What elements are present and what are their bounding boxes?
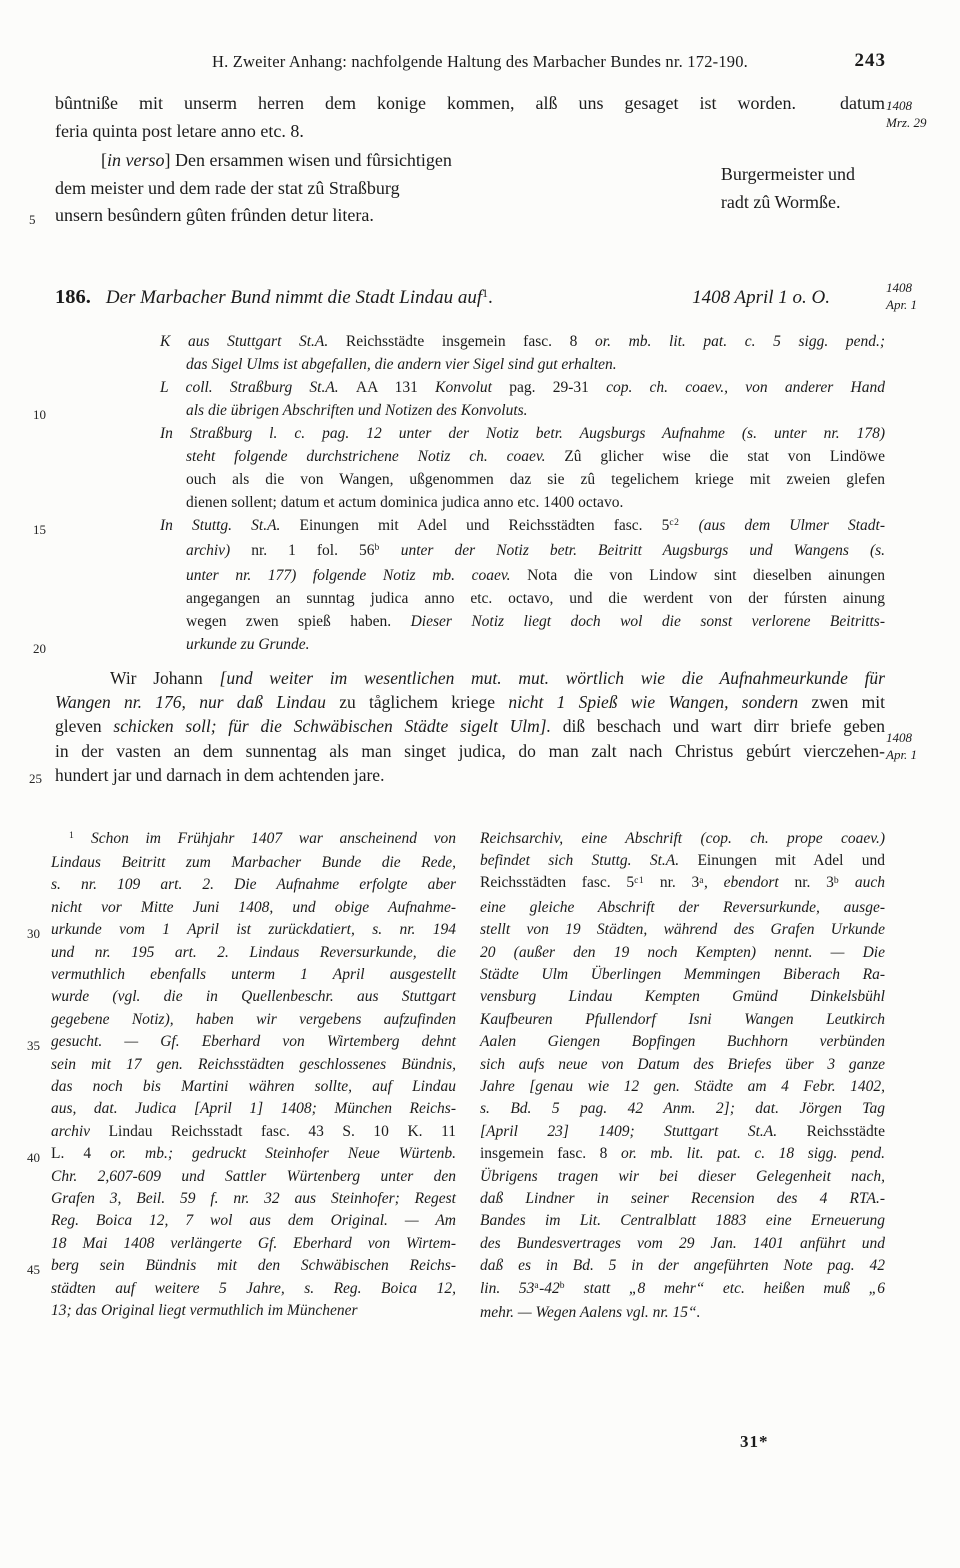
text-segment: K aus Stuttgart St.A. bbox=[160, 333, 346, 350]
text-segment: angegangen an sunntag judica anno etc. o… bbox=[186, 590, 885, 607]
text-segment: Einungen mit Adel und Reichsstädten fasc… bbox=[300, 517, 670, 534]
footnote-column-left: 1 Schon im Frühjahr 1407 war anscheinend… bbox=[51, 828, 456, 1325]
text-line: dem meister und dem rade der stat zû Str… bbox=[55, 175, 452, 203]
text-line: 20urkunde zu Grunde. bbox=[160, 633, 885, 656]
text-line: Reichsarchiv, eine Abschrift (cop. ch. p… bbox=[480, 828, 885, 850]
text-segment: Kaufbeuren Pfullendorf Isni Wangen Leutk… bbox=[480, 1011, 885, 1028]
text-line: 15In Stuttg. St.A. Einungen mit Adel und… bbox=[160, 514, 885, 539]
text-segment: nr. 3 bbox=[644, 874, 699, 891]
text-line: Kaufbeuren Pfullendorf Isni Wangen Leutk… bbox=[480, 1009, 885, 1031]
text-segment: unter nr. 177) folgende Notiz mb. coaev. bbox=[186, 567, 527, 584]
text-line: 45berg sein Bündnis mit den Schwäbischen… bbox=[51, 1255, 456, 1277]
text-segment: wegen zwen spieß haben. bbox=[186, 613, 411, 630]
text-segment: Übrigens tragen wir bei dieser Gelegenhe… bbox=[480, 1168, 885, 1185]
line-number: 10 bbox=[33, 403, 46, 426]
text-segment: or. mb. lit. pat. c. 5 sigg. pend.; bbox=[595, 333, 885, 350]
footnotes: 1 Schon im Frühjahr 1407 war anscheinend… bbox=[51, 828, 885, 1325]
text-segment: Chr. 2,607-609 und Sattler Würtenberg un… bbox=[51, 1168, 456, 1185]
text-segment: wurde (vgl. die in Quellenbeschr. aus St… bbox=[51, 988, 456, 1005]
text-segment: archiv bbox=[51, 1123, 109, 1140]
text-segment: L coll. Straßburg St.A. bbox=[160, 379, 356, 396]
text-line: vensburg Lindau Kempten Gmünd Dinkelsbüh… bbox=[480, 986, 885, 1008]
text-segment: gleven bbox=[55, 716, 113, 736]
text-segment: gegebene Notiz), haben wir vergebens auf… bbox=[51, 1011, 456, 1028]
superscript: a bbox=[699, 875, 704, 886]
text-line: 5unsern besûndern gûten frûnden detur li… bbox=[55, 202, 452, 230]
text-line: wegen zwen spieß haben. Dieser Notiz lie… bbox=[160, 610, 885, 633]
text-line: sich aufs neue von Datum des Briefes übe… bbox=[480, 1054, 885, 1076]
text-line: daß Lindner in seiner Recension des 4 RT… bbox=[480, 1188, 885, 1210]
text-line: archiv) nr. 1 fol. 56b unter der Notiz b… bbox=[160, 539, 885, 564]
sender-line: radt zû Wormße. bbox=[721, 188, 855, 216]
text-segment: Nota die von Lindow sint dieselben ainun… bbox=[527, 567, 885, 584]
text-line: Wangen nr. 176, nur daß Lindau zu tåglic… bbox=[55, 690, 885, 714]
text-line: In Straßburg l. c. pag. 12 unter der Not… bbox=[160, 422, 885, 445]
text-line: Grafen 3, Beil. 59 f. nr. 32 aus Steinho… bbox=[51, 1188, 456, 1210]
text-line: steht folgende durchstrichene Notiz ch. … bbox=[160, 445, 885, 468]
line-number: 35 bbox=[27, 1035, 40, 1057]
text-segment: in verso bbox=[107, 150, 165, 170]
text-line: 18 Mai 1408 verlängerte Gf. Eberhard von… bbox=[51, 1233, 456, 1255]
text-segment: gesucht. — Gf. Eberhard von Wirtemberg d… bbox=[51, 1033, 456, 1050]
text-line: K aus Stuttgart St.A. Reichsstädte insge… bbox=[160, 330, 885, 353]
text-segment: pag. 29-31 bbox=[509, 379, 606, 396]
text-segment: eine gleiche Abschrift der Reversurkunde… bbox=[480, 899, 885, 916]
margin-date-note: 1408 Mrz. 29 bbox=[886, 98, 952, 131]
text-segment: städten auf weitere 5 Jahre, s. Reg. Boi… bbox=[51, 1280, 456, 1297]
text-line: des Bundesvertrages vom 29 Jan. 1401 anf… bbox=[480, 1233, 885, 1255]
text-line: befindet sich Stuttg. St.A. Einungen mit… bbox=[480, 850, 885, 872]
text-line: Jahre [genau wie 12 gen. Städte am 4 Feb… bbox=[480, 1076, 885, 1098]
text-segment: ouch als die von Wangen, ußgenommen daz … bbox=[186, 471, 885, 488]
text-segment: nr. 1 fol. 56 bbox=[251, 542, 374, 559]
text-line: sein mit 17 gen. Reichsstädten geschloss… bbox=[51, 1054, 456, 1076]
text-segment: Wangen nr. 176, nur daß Lindau bbox=[55, 692, 339, 712]
text-segment: auch bbox=[839, 874, 885, 891]
text-segment: nr. 3 bbox=[794, 874, 833, 891]
superscript: 1 bbox=[482, 287, 488, 300]
text-line: 35gesucht. — Gf. Eberhard von Wirtemberg… bbox=[51, 1031, 456, 1053]
text-segment: [und weiter im wesentlichen mut. mut. wö… bbox=[220, 668, 885, 688]
line-number: 5 bbox=[29, 206, 36, 234]
superscript: b bbox=[834, 875, 839, 886]
margin-date-note: 1408 Apr. 1 bbox=[886, 280, 952, 313]
prev-entry-closing: bûntniße mit unserm herren dem konige ko… bbox=[55, 90, 885, 145]
text-segment: sein mit 17 gen. Reichsstädten geschloss… bbox=[51, 1056, 456, 1073]
text-segment: cop. ch. coaev., von anderer Hand bbox=[606, 379, 885, 396]
text-line: eine gleiche Abschrift der Reversurkunde… bbox=[480, 897, 885, 919]
text-segment: insgemein fasc. 8 bbox=[480, 1145, 621, 1162]
page-number: 243 bbox=[855, 50, 887, 72]
text-segment: mehr. — Wegen Aalens vgl. nr. 15“. bbox=[480, 1304, 700, 1321]
text-segment: und nr. 195 art. 2. Lindaus Reversurkund… bbox=[51, 944, 456, 961]
text-segment: berg sein Bündnis mit den Schwäbischen R… bbox=[51, 1257, 456, 1274]
line-number: 25 bbox=[29, 767, 42, 791]
superscript: c1 bbox=[634, 875, 644, 886]
page-content: bûntniße mit unserm herren dem konige ko… bbox=[55, 90, 885, 1324]
text-line: Chr. 2,607-609 und Sattler Würtenberg un… bbox=[51, 1166, 456, 1188]
margin-date-year: 1408 bbox=[886, 730, 952, 747]
text-line: 25hundert jar und darnach in dem achtend… bbox=[55, 763, 885, 787]
entry-text: Wir Johann [und weiter im wesentlichen m… bbox=[55, 666, 885, 788]
text-segment: Wir Johann bbox=[110, 668, 220, 688]
margin-date-note: 1408 Apr. 1 bbox=[886, 730, 952, 763]
text-segment: ebendort bbox=[724, 874, 795, 891]
text-segment: sich aufs neue von Datum des Briefes übe… bbox=[480, 1056, 885, 1073]
text-line: mehr. — Wegen Aalens vgl. nr. 15“. bbox=[480, 1302, 885, 1324]
text-segment: dem meister und dem rade der stat zû Str… bbox=[55, 178, 400, 198]
text-segment: Lindaus Beitritt zum Marbacher Bunde die… bbox=[51, 854, 456, 871]
text-segment: hundert jar und darnach in dem achtenden… bbox=[55, 765, 384, 785]
text-line: Aalen Giengen Bopfingen Buchhorn verbünd… bbox=[480, 1031, 885, 1053]
text-segment: L. 4 bbox=[51, 1145, 110, 1162]
text-segment: Einungen mit Adel und bbox=[697, 852, 885, 869]
text-line: Bandes im Lit. Centralblatt 1883 eine Er… bbox=[480, 1210, 885, 1232]
text-segment: nicht 1 Spieß wie Wangen, sondern bbox=[508, 692, 811, 712]
text-segment: Lindau Reichsstadt fasc. 43 S. 10 K. 11 bbox=[109, 1123, 456, 1140]
text-segment: unter der Notiz betr. Beitritt Augsburgs… bbox=[401, 542, 885, 559]
text-line: unter nr. 177) folgende Notiz mb. coaev.… bbox=[160, 564, 885, 587]
text-segment: stellt von 19 Städten, während des Grafe… bbox=[480, 921, 885, 938]
text-line: 30urkunde vom 1 April ist zurückdatiert,… bbox=[51, 919, 456, 941]
text-segment: archiv) bbox=[186, 542, 251, 559]
source-note-stuttgart: 15In Stuttg. St.A. Einungen mit Adel und… bbox=[160, 514, 885, 656]
margin-date-day: Apr. 1 bbox=[886, 747, 952, 764]
text-segment: vermuthlich ebenfalls unterm 1 April aus… bbox=[51, 966, 456, 983]
text-segment: diß beschach und wart dirr briefe geben bbox=[563, 716, 885, 736]
text-line: aus, dat. Judica [April 1] 1408; München… bbox=[51, 1098, 456, 1120]
text-line: Reg. Boica 12, 7 wol aus dem Original. —… bbox=[51, 1210, 456, 1232]
text-segment: 13; das Original liegt vermuthlich im Mü… bbox=[51, 1302, 358, 1319]
text-line: angegangen an sunntag judica anno etc. o… bbox=[160, 587, 885, 610]
text-line: insgemein fasc. 8 or. mb. lit. pat. c. 1… bbox=[480, 1143, 885, 1165]
text-line: Wir Johann [und weiter im wesentlichen m… bbox=[55, 666, 885, 690]
text-line: daß es in Bd. 5 in der angeführten Note … bbox=[480, 1255, 885, 1277]
text-segment: (aus dem Ulmer Stadt- bbox=[699, 517, 885, 534]
text-segment: In Stuttg. St.A. bbox=[160, 517, 300, 534]
margin-date-day: Apr. 1 bbox=[886, 297, 952, 314]
text-segment: [April 23] 1409; Stuttgart St.A. bbox=[480, 1123, 807, 1140]
text-segment: or. mb.; gedruckt Steinhofer Neue Würten… bbox=[110, 1145, 456, 1162]
text-segment: Bandes im Lit. Centralblatt 1883 eine Er… bbox=[480, 1212, 885, 1229]
text-segment: als die übrigen Abschriften und Notizen … bbox=[186, 402, 528, 419]
text-segment: bûntniße mit unserm herren dem konige ko… bbox=[55, 93, 796, 113]
text-line: Städte Ulm Überlingen Memmingen Biberach… bbox=[480, 964, 885, 986]
text-line: Lindaus Beitritt zum Marbacher Bunde die… bbox=[51, 852, 456, 874]
text-segment: unsern besûndern gûten frûnden detur lit… bbox=[55, 205, 374, 225]
superscript: c2 bbox=[669, 517, 679, 528]
text-line: 13; das Original liegt vermuthlich im Mü… bbox=[51, 1300, 456, 1322]
margin-date-day: Mrz. 29 bbox=[886, 115, 952, 132]
text-segment: AA 131 bbox=[356, 379, 435, 396]
text-line: archiv Lindau Reichsstadt fasc. 43 S. 10… bbox=[51, 1121, 456, 1143]
address-block: [in verso] Den ersammen wisen und fûrsic… bbox=[55, 147, 452, 230]
line-number: 15 bbox=[33, 518, 46, 541]
line-number: 30 bbox=[27, 923, 40, 945]
running-header: H. Zweiter Anhang: nachfolgende Haltung … bbox=[0, 52, 960, 72]
text-line: das noch bis Martini währen sollte, auf … bbox=[51, 1076, 456, 1098]
text-segment: schicken soll; für die Schwäbischen Städ… bbox=[113, 716, 562, 736]
source-note-strassburg: In Straßburg l. c. pag. 12 unter der Not… bbox=[160, 422, 885, 514]
text-line: Übrigens tragen wir bei dieser Gelegenhe… bbox=[480, 1166, 885, 1188]
text-segment: urkunde zu Grunde. bbox=[186, 636, 310, 653]
text-segment: s. nr. 109 art. 2. Die Aufnahme erfolgte… bbox=[51, 876, 456, 893]
text-segment: das noch bis Martini währen sollte, auf … bbox=[51, 1078, 456, 1095]
text-segment: in der vasten an dem sunnentag als man s… bbox=[55, 741, 885, 761]
text-line: stellt von 19 Städten, während des Grafe… bbox=[480, 919, 885, 941]
line-number: 45 bbox=[27, 1259, 40, 1281]
text-segment: or. mb. lit. pat. c. 18 sigg. pend. bbox=[621, 1145, 885, 1162]
text-segment: Reichsstädte insgemein fasc. 8 bbox=[346, 333, 595, 350]
superscript: b bbox=[374, 542, 379, 553]
entry-date: 1408 April 1 o. O. bbox=[692, 287, 830, 309]
text-segment: , bbox=[704, 874, 724, 891]
text-segment: daß es in Bd. 5 in der angeführten Note … bbox=[480, 1257, 885, 1274]
line-number: 20 bbox=[33, 637, 46, 660]
text-line: feria quinta post letare anno etc. 8. bbox=[55, 118, 885, 146]
entry-heading: 186. Der Marbacher Bund nimmt die Stadt … bbox=[55, 286, 885, 316]
text-line: lin. 53a-42b statt „8 mehr“ etc. heißen … bbox=[480, 1278, 885, 1302]
text-line: s. nr. 109 art. 2. Die Aufnahme erfolgte… bbox=[51, 874, 456, 896]
text-line: 10als die übrigen Abschriften und Notize… bbox=[160, 399, 885, 422]
text-line: 40L. 4 or. mb.; gedruckt Steinhofer Neue… bbox=[51, 1143, 456, 1165]
source-note-K: K aus Stuttgart St.A. Reichsstädte insge… bbox=[160, 330, 885, 376]
text-line: 1 Schon im Frühjahr 1407 war anscheinend… bbox=[51, 828, 456, 852]
superscript: a bbox=[534, 1280, 539, 1291]
address-sender-row: [in verso] Den ersammen wisen und fûrsic… bbox=[55, 147, 885, 230]
source-note-L: L coll. Straßburg St.A. AA 131 Konvolut … bbox=[160, 376, 885, 422]
text-segment: Schon im Frühjahr 1407 war anscheinend v… bbox=[74, 830, 456, 847]
text-segment: Konvolut bbox=[435, 379, 509, 396]
text-line: nicht vor Mitte Juni 1408, und obige Auf… bbox=[51, 897, 456, 919]
text-line: s. Bd. 5 pag. 42 Anm. 2]; dat. Jörgen Ta… bbox=[480, 1098, 885, 1120]
text-line: in der vasten an dem sunnentag als man s… bbox=[55, 739, 885, 763]
text-segment: statt „8 mehr“ etc. heißen muß „6 bbox=[565, 1280, 885, 1297]
text-segment: 20 (außer den 19 noch Kempten) nennt. — … bbox=[480, 944, 885, 961]
text-line: ouch als die von Wangen, ußgenommen daz … bbox=[160, 468, 885, 491]
footnote-column-right: Reichsarchiv, eine Abschrift (cop. ch. p… bbox=[480, 828, 885, 1325]
text-line: [in verso] Den ersammen wisen und fûrsic… bbox=[55, 147, 452, 175]
text-line: L coll. Straßburg St.A. AA 131 Konvolut … bbox=[160, 376, 885, 399]
text-segment: Reichsstädte bbox=[807, 1123, 885, 1140]
text-segment: 18 Mai 1408 verlängerte Gf. Eberhard von… bbox=[51, 1235, 456, 1252]
text-line: bûntniße mit unserm herren dem konige ko… bbox=[55, 90, 885, 118]
text-line: das Sigel Ulms ist abgefallen, die ander… bbox=[160, 353, 885, 376]
text-line: gleven schicken soll; für die Schwäbisch… bbox=[55, 714, 885, 738]
text-segment: Reg. Boica 12, 7 wol aus dem Original. —… bbox=[51, 1212, 456, 1229]
text-segment: Reichsstädten fasc. 5 bbox=[480, 874, 634, 891]
text-segment: . bbox=[489, 287, 494, 308]
text-segment: vensburg Lindau Kempten Gmünd Dinkelsbüh… bbox=[480, 988, 885, 1005]
text-segment: Städte Ulm Überlingen Memmingen Biberach… bbox=[480, 966, 885, 983]
text-segment: Grafen 3, Beil. 59 f. nr. 32 aus Steinho… bbox=[51, 1190, 456, 1207]
text-segment: dienen sollent; datum et actum dominica … bbox=[186, 494, 623, 511]
superscript: 1 bbox=[69, 830, 74, 841]
text-segment: Aalen Giengen Bopfingen Buchhorn verbünd… bbox=[480, 1033, 885, 1050]
text-line: und nr. 195 art. 2. Lindaus Reversurkund… bbox=[51, 942, 456, 964]
text-segment: feria quinta post letare anno etc. 8. bbox=[55, 121, 304, 141]
text-segment: In Straßburg l. c. pag. 12 unter der Not… bbox=[160, 425, 885, 442]
text-segment: daß Lindner in seiner Recension des 4 RT… bbox=[480, 1190, 885, 1207]
margin-date-year: 1408 bbox=[886, 280, 952, 297]
sender-block: Burgermeister und radt zû Wormße. bbox=[721, 160, 855, 216]
text-segment bbox=[380, 542, 401, 559]
text-segment bbox=[679, 517, 698, 534]
text-segment: Der Marbacher Bund nimmt die Stadt Linda… bbox=[106, 287, 482, 308]
text-segment: lin. 53 bbox=[480, 1280, 534, 1297]
text-segment: Reichsarchiv, eine Abschrift (cop. ch. p… bbox=[480, 830, 885, 847]
text-line: wurde (vgl. die in Quellenbeschr. aus St… bbox=[51, 986, 456, 1008]
text-line: gegebene Notiz), haben wir vergebens auf… bbox=[51, 1009, 456, 1031]
text-segment: Zû glicher wise die stat von Lindöwe bbox=[564, 448, 885, 465]
text-line: Reichsstädten fasc. 5c1 nr. 3a, ebendort… bbox=[480, 872, 885, 896]
entry-number: 186. bbox=[55, 286, 91, 309]
text-segment: des Bundesvertrages vom 29 Jan. 1401 anf… bbox=[480, 1235, 885, 1252]
text-segment: das Sigel Ulms ist abgefallen, die ander… bbox=[186, 356, 617, 373]
text-segment: nicht vor Mitte Juni 1408, und obige Auf… bbox=[51, 899, 456, 916]
text-segment: -42 bbox=[539, 1280, 560, 1297]
running-header-title: H. Zweiter Anhang: nachfolgende Haltung … bbox=[212, 52, 748, 71]
text-line: städten auf weitere 5 Jahre, s. Reg. Boi… bbox=[51, 1278, 456, 1300]
signature-mark: 31* bbox=[740, 1432, 769, 1452]
text-segment: urkunde vom 1 April ist zurückdatiert, s… bbox=[51, 921, 456, 938]
sender-line: Burgermeister und bbox=[721, 160, 855, 188]
scanned-book-page: H. Zweiter Anhang: nachfolgende Haltung … bbox=[0, 0, 960, 1568]
text-line: vermuthlich ebenfalls unterm 1 April aus… bbox=[51, 964, 456, 986]
source-notes: K aus Stuttgart St.A. Reichsstädte insge… bbox=[160, 330, 885, 656]
text-line: 20 (außer den 19 noch Kempten) nennt. — … bbox=[480, 942, 885, 964]
text-line: [April 23] 1409; Stuttgart St.A. Reichss… bbox=[480, 1121, 885, 1143]
text-segment: Jahre [genau wie 12 gen. Städte am 4 Feb… bbox=[480, 1078, 885, 1095]
text-segment: befindet sich Stuttg. St.A. bbox=[480, 852, 697, 869]
text-segment: zu tåglichem kriege bbox=[339, 692, 508, 712]
text-segment: s. Bd. 5 pag. 42 Anm. 2]; dat. Jörgen Ta… bbox=[480, 1100, 885, 1117]
text-segment: steht folgende durchstrichene Notiz ch. … bbox=[186, 448, 564, 465]
text-segment: zwen mit bbox=[811, 692, 885, 712]
text-segment: ] Den ersammen wisen und fûrsichtigen bbox=[165, 150, 452, 170]
line-number: 40 bbox=[27, 1147, 40, 1169]
text-line: dienen sollent; datum et actum dominica … bbox=[160, 491, 885, 514]
text-segment: aus, dat. Judica [April 1] 1408; München… bbox=[51, 1100, 456, 1117]
superscript: b bbox=[560, 1280, 565, 1291]
margin-date-year: 1408 bbox=[886, 98, 952, 115]
text-segment: datum bbox=[840, 93, 885, 113]
text-segment: Dieser Notiz liegt doch wol die sonst ve… bbox=[411, 613, 885, 630]
entry-title: Der Marbacher Bund nimmt die Stadt Linda… bbox=[106, 287, 692, 309]
